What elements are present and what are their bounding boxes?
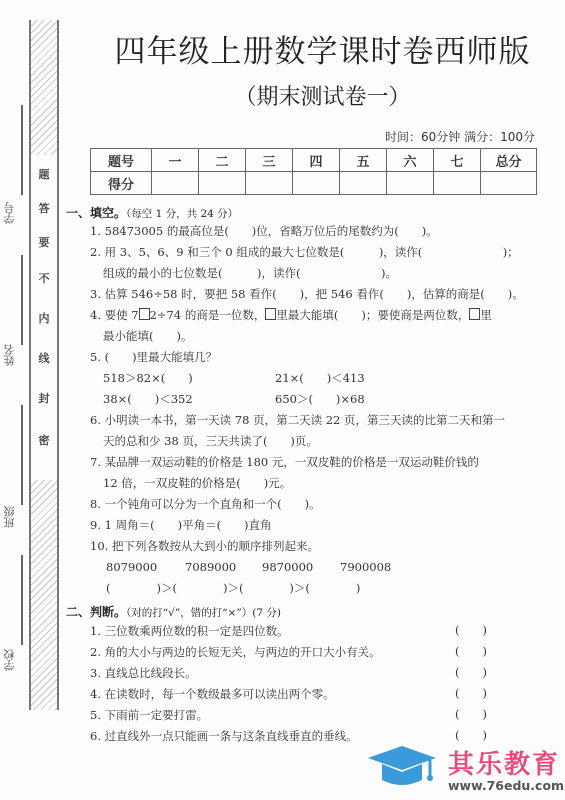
seal-char: 封 bbox=[31, 390, 57, 406]
judge-item-5: 5. 下雨前一定要打雷。 bbox=[90, 706, 208, 724]
section-1-heading: 一、填空。（每空 1 分，共 24 分） bbox=[66, 204, 238, 221]
score-cell[interactable] bbox=[387, 172, 434, 195]
seal-char: 答 bbox=[31, 200, 57, 216]
judge-item-6: 6. 过直线外一点只能画一条与这条直线垂直的垂线。 bbox=[90, 727, 358, 745]
q4-text-d: 里 bbox=[480, 308, 492, 322]
school-label: 学校 bbox=[2, 645, 20, 675]
section-1-title: 一、填空。 bbox=[66, 206, 126, 220]
question-1-5b: 21×( )＜413 bbox=[275, 369, 365, 387]
graduation-cap-icon bbox=[366, 742, 440, 792]
score-cell[interactable] bbox=[434, 172, 481, 195]
q4-text-c: 里最大能填( )；要使商是两位数， bbox=[276, 308, 469, 322]
box-placeholder-icon bbox=[469, 308, 480, 320]
student-id-label: 学号 bbox=[2, 198, 20, 228]
seal-char: 密 bbox=[31, 432, 57, 448]
score-cell[interactable] bbox=[293, 172, 340, 195]
page-subtitle: （期末测试卷一） bbox=[80, 80, 565, 111]
student-id-line[interactable] bbox=[21, 105, 23, 195]
score-table: 题号 一 二 三 四 五 六 七 总分 得分 bbox=[90, 148, 537, 195]
q10-number: 7089000 bbox=[185, 558, 236, 576]
class-label: 班级 bbox=[2, 502, 20, 532]
judge-answer-4[interactable]: ( ) bbox=[455, 685, 487, 701]
score-cell[interactable] bbox=[152, 172, 199, 195]
q4-text-a: 4. 要使 7 bbox=[90, 308, 139, 322]
question-1-7: 7. 某品牌一双运动鞋的价格是 180 元，一双皮鞋的价格是一双运动鞋价钱的 bbox=[90, 453, 479, 471]
score-cell[interactable] bbox=[246, 172, 293, 195]
score-cell[interactable] bbox=[481, 172, 537, 195]
q10-number: 7900008 bbox=[340, 558, 391, 576]
brand-name: 其乐教育 bbox=[448, 744, 560, 781]
judge-item-2: 2. 角的大小与两边的长短无关，与两边的开口大小有关。 bbox=[90, 643, 381, 661]
seal-char: 题 bbox=[31, 166, 57, 182]
brand-url[interactable]: www.76edu.com bbox=[448, 778, 564, 793]
question-1-5a: 518＞82×( ) bbox=[103, 369, 193, 387]
question-1-2: 2. 用 3、5、6、9 和三个 0 组成的最大七位数是( )，读作( )； bbox=[90, 243, 519, 261]
score-header-row: 题号 一 二 三 四 五 六 七 总分 bbox=[91, 149, 537, 172]
score-header-cell: 总分 bbox=[481, 149, 537, 172]
question-1-5d: 650＞( )×68 bbox=[275, 390, 365, 408]
brand-logo: 其乐教育 www.76edu.com bbox=[366, 740, 565, 796]
score-header-cell: 二 bbox=[199, 149, 246, 172]
box-placeholder-icon bbox=[265, 308, 276, 320]
score-header-cell: 六 bbox=[387, 149, 434, 172]
score-value-row: 得分 bbox=[91, 172, 537, 195]
judge-item-4: 4. 在读数时，每一个数级最多可以读出两个零。 bbox=[90, 685, 335, 703]
score-header-cell: 四 bbox=[293, 149, 340, 172]
score-header-cell: 五 bbox=[340, 149, 387, 172]
q10-order-blanks: ( )＞( )＞( )＞( ) bbox=[106, 579, 360, 597]
score-header-cell: 题号 bbox=[91, 149, 152, 172]
score-cell[interactable] bbox=[340, 172, 387, 195]
q4-text-b: 2÷74 的商是一位数， bbox=[150, 308, 266, 322]
exam-page: 题 答 要 不 内 线 封 密 学号 姓名 班级 学校 四年级上册数学课时卷西师… bbox=[0, 0, 565, 800]
question-1-6: 6. 小明读一本书，第一天读 78 页，第二天读 22 页，第三天读的比第二天和… bbox=[90, 411, 505, 429]
seal-char: 不 bbox=[31, 270, 57, 286]
question-1-9: 9. 1 周角＝( )平角＝( )直角 bbox=[90, 516, 272, 534]
judge-answer-1[interactable]: ( ) bbox=[455, 622, 487, 638]
section-2-title: 二、判断。 bbox=[66, 605, 126, 619]
hatch-pattern bbox=[31, 480, 57, 710]
question-1-5c: 38×( )＜352 bbox=[103, 390, 193, 408]
section-2-heading: 二、判断。（对的打“√”，错的打“×”）(7 分) bbox=[66, 603, 281, 620]
question-1-10: 10. 把下列各数按从大到小的顺序排列起来。 bbox=[90, 537, 319, 555]
judge-answer-2[interactable]: ( ) bbox=[455, 643, 487, 659]
question-1-2-cont: 组成的最小的七位数是( )，读作( )。 bbox=[103, 264, 397, 282]
exam-meta: 时间：60分钟 满分：100分 bbox=[385, 128, 535, 145]
score-cell[interactable] bbox=[199, 172, 246, 195]
name-line[interactable] bbox=[21, 255, 23, 345]
question-1-8: 8. 一个钝角可以分为一个直角和一个( )。 bbox=[90, 495, 321, 513]
class-line[interactable] bbox=[21, 405, 23, 505]
question-1-3: 3. 估算 546÷58 时，要把 58 看作( )，把 546 看作( )，估… bbox=[90, 285, 524, 303]
question-1-6-cont: 天的总和少 38 页，三天共读了( )页。 bbox=[103, 432, 318, 450]
judge-item-3: 3. 直线总比线段长。 bbox=[90, 664, 197, 682]
judge-answer-3[interactable]: ( ) bbox=[455, 664, 487, 680]
seal-char: 线 bbox=[31, 350, 57, 366]
seal-char: 内 bbox=[31, 310, 57, 326]
question-1-5: 5. ( )里最大能填几？ bbox=[90, 348, 217, 366]
section-2-note: （对的打“√”，错的打“×”）(7 分) bbox=[126, 607, 281, 619]
score-row-label: 得分 bbox=[91, 172, 152, 195]
q10-number: 9870000 bbox=[262, 558, 313, 576]
hatch-pattern bbox=[31, 20, 57, 155]
name-label: 姓名 bbox=[2, 340, 20, 370]
box-placeholder-icon bbox=[139, 308, 150, 320]
score-header-cell: 三 bbox=[246, 149, 293, 172]
question-1-7-cont: 12 倍，一双皮鞋的价格是( )元。 bbox=[103, 474, 291, 492]
section-1-note: （每空 1 分，共 24 分） bbox=[126, 208, 238, 220]
score-header-cell: 一 bbox=[152, 149, 199, 172]
score-header-cell: 七 bbox=[434, 149, 481, 172]
question-1-4: 4. 要使 72÷74 的商是一位数，里最大能填( )；要使商是两位数，里 bbox=[90, 306, 492, 324]
q10-number: 8079000 bbox=[106, 558, 157, 576]
seal-strip: 题 答 要 不 内 线 封 密 bbox=[29, 20, 59, 710]
judge-item-1: 1. 三位数乘两位数的积一定是四位数。 bbox=[90, 622, 289, 640]
question-1-1: 1. 58473005 的最高位是( )位，省略万位后的尾数约为( )。 bbox=[90, 222, 438, 240]
page-title: 四年级上册数学课时卷西师版 bbox=[80, 26, 565, 71]
seal-char: 要 bbox=[31, 234, 57, 250]
school-line[interactable] bbox=[21, 555, 23, 645]
question-1-4-cont: 最小能填( )。 bbox=[103, 327, 192, 345]
judge-answer-5[interactable]: ( ) bbox=[455, 706, 487, 722]
